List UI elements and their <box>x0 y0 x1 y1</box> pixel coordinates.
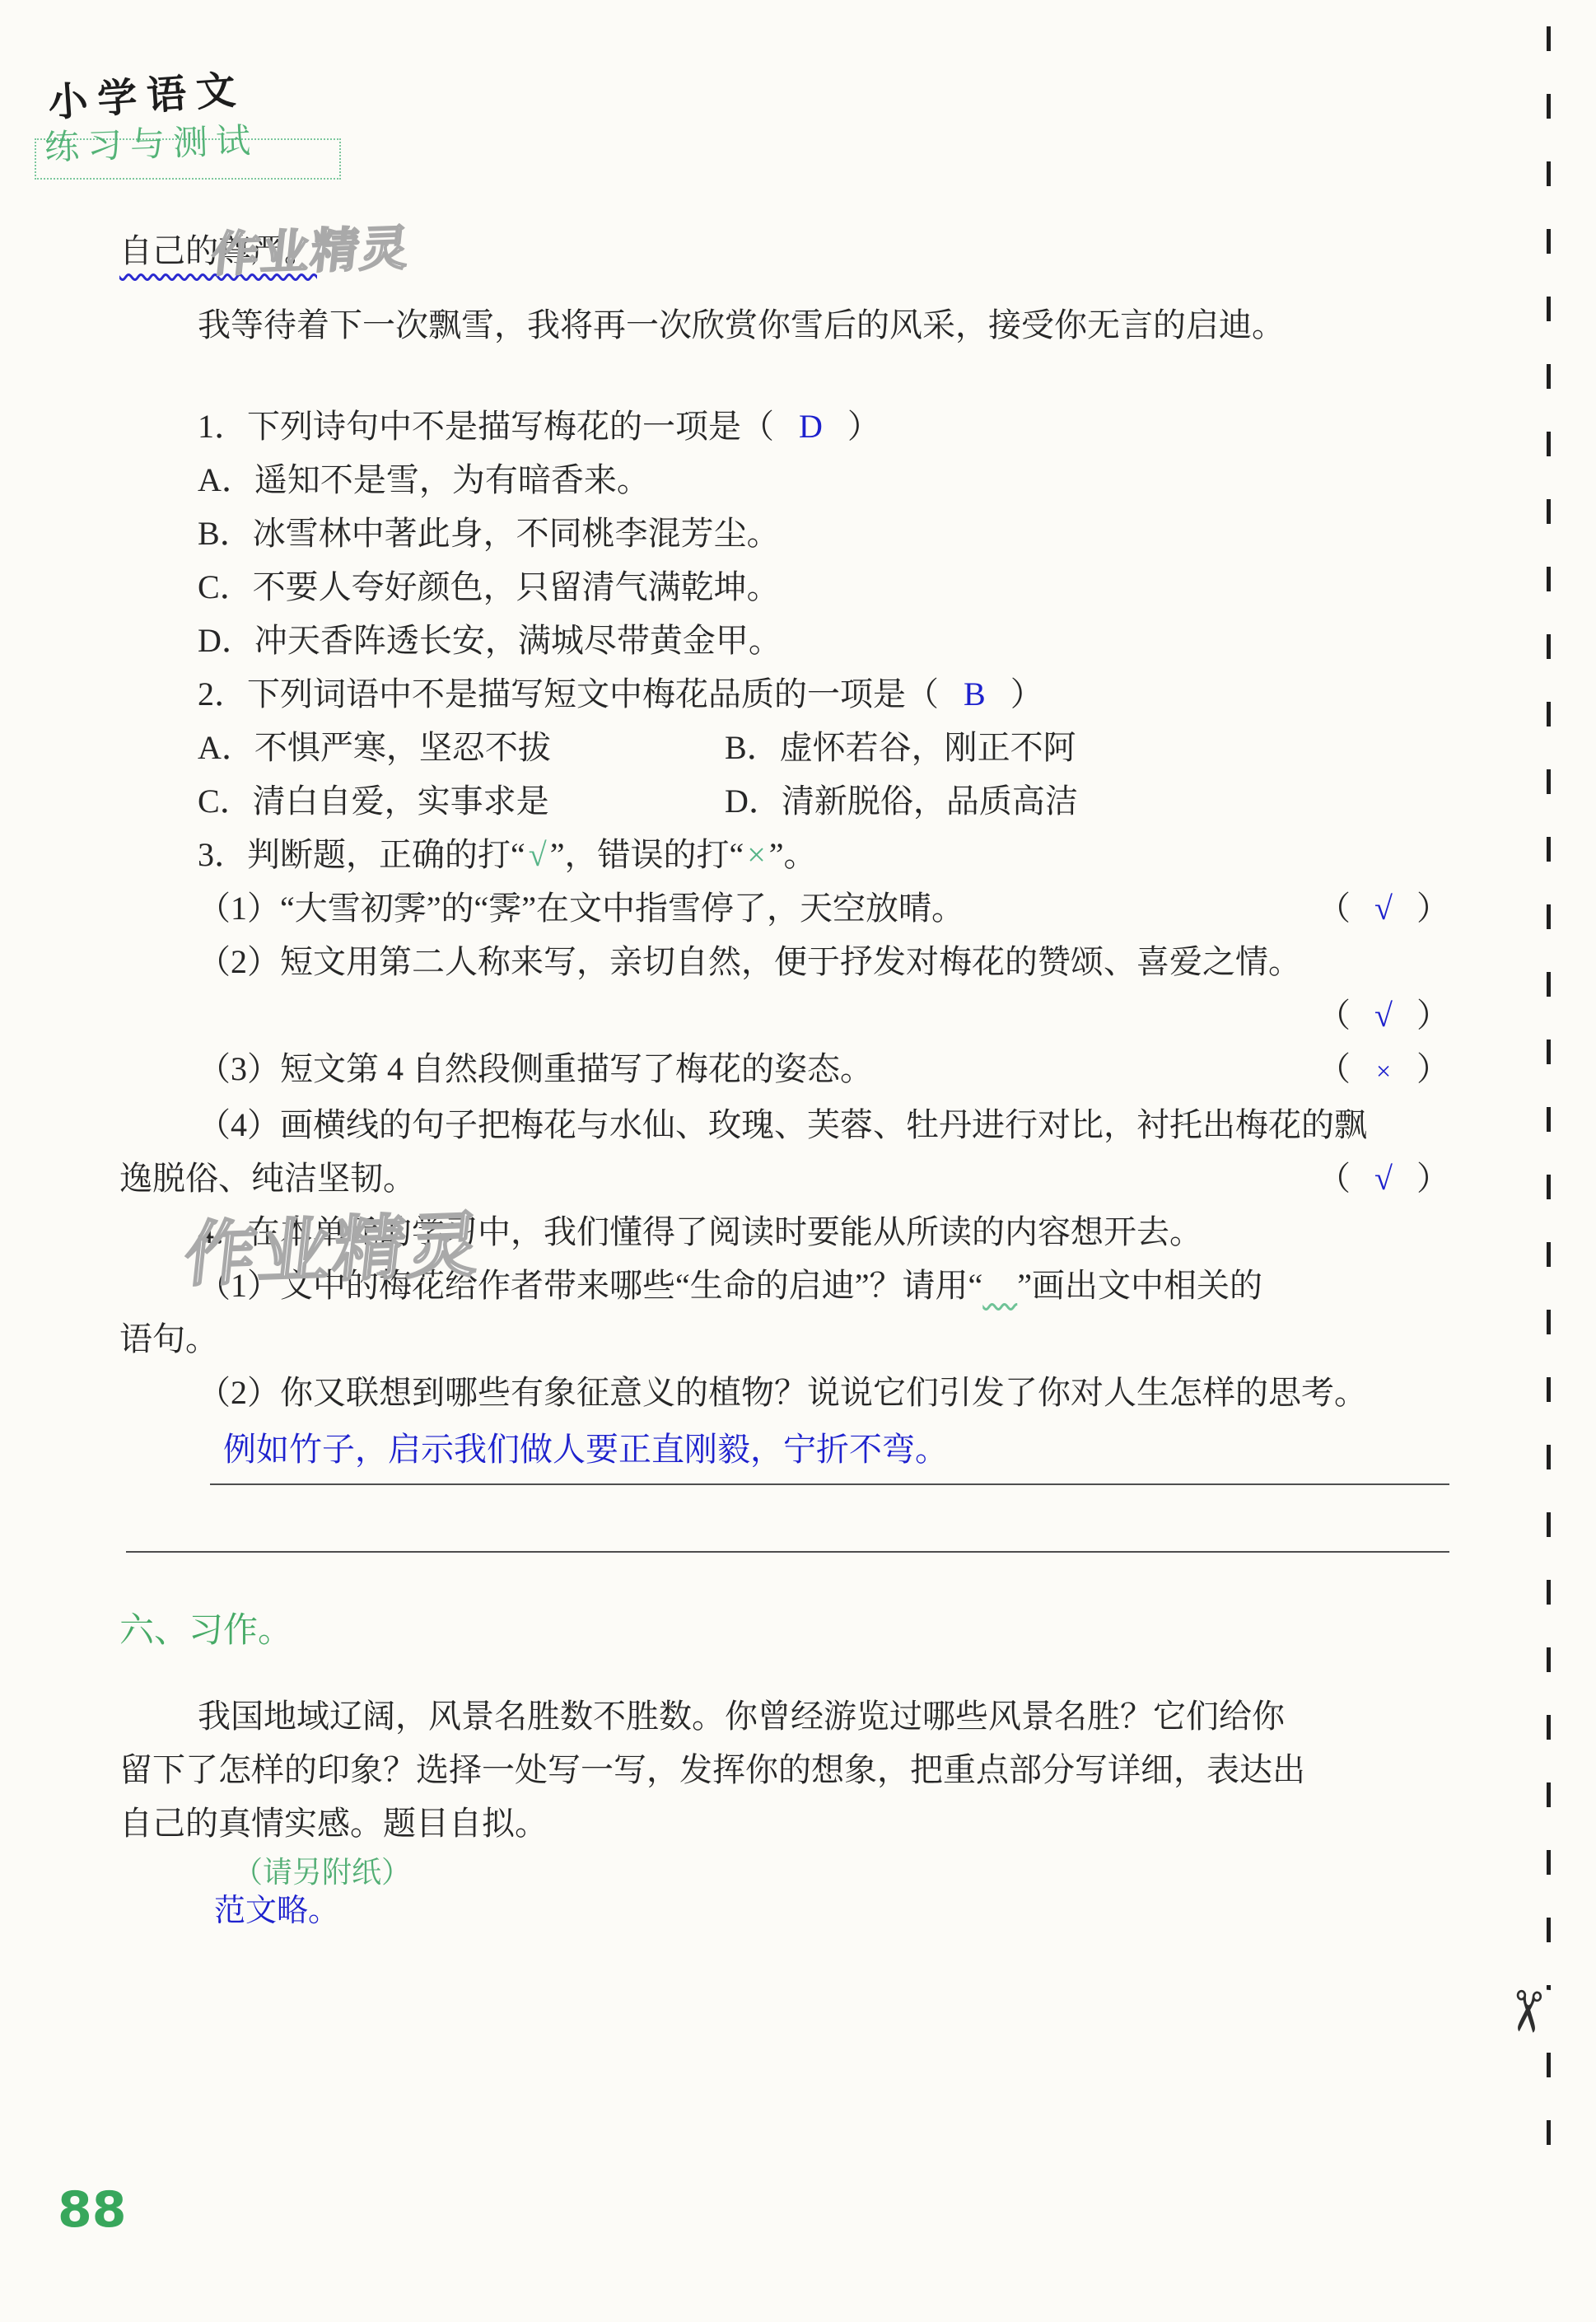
judgment-item-4: （4）画横线的句子把梅花与水仙、玫瑰、芙蓉、牡丹进行对比，衬托出梅花的飘 <box>119 1098 1449 1152</box>
q4-item-1-continuation: 语句。 <box>119 1312 1449 1366</box>
q2-option-c: C．清白自爱，实事求是 <box>198 774 725 828</box>
judgment-item-4-answer: （√） <box>1318 1152 1449 1205</box>
answer-check-mark: √ <box>1351 1152 1416 1205</box>
question-2: 2．下列词语中不是描写短文中梅花品质的一项是（B） A．不惧严寒，坚忍不拔 B．… <box>119 667 1449 828</box>
scissors-icon: ✂ <box>1491 1985 1561 2038</box>
exercise-content: 自己的尊严。 我等待着下一次飘雪，我将再一次欣赏你雪后的风采，接受你无言的启迪。… <box>0 0 1596 1931</box>
judgment-item-3-text: （3）短文第 4 自然段侧重描写了梅花的姿态。 <box>119 1042 873 1096</box>
writing-prompt-line-3: 自己的真情实感。题目自拟。 <box>119 1796 1449 1850</box>
paren-close: ） <box>1416 997 1449 1034</box>
q2-options: A．不惧严寒，坚忍不拔 B．虚怀若谷，刚正不阿 C．清白自爱，实事求是 D．清新… <box>119 721 1449 828</box>
question-1: 1．下列诗句中不是描写梅花的一项是（D） A．遥知不是雪，为有暗香来。 B．冰雪… <box>119 399 1449 667</box>
q1-option-c: C．不要人夸好颜色，只留清气满乾坤。 <box>119 560 1449 614</box>
q2-stem-text: 2．下列词语中不是描写短文中梅花品质的一项是 <box>198 675 906 712</box>
paren-close: ） <box>847 408 880 445</box>
judgment-item-1-answer: （√） <box>1318 881 1449 935</box>
q1-option-d: D．冲天香阵透长安，满城尽带黄金甲。 <box>119 614 1449 667</box>
q1-option-a: A．遥知不是雪，为有暗香来。 <box>119 453 1449 507</box>
passage-carryover-text: 自己的尊严。 <box>119 232 317 269</box>
passage-intro: 我等待着下一次飘雪，我将再一次欣赏你雪后的风采，接受你无言的启迪。 <box>119 298 1449 352</box>
writing-prompt: 我国地域辽阔，风景名胜数不胜数。你曾经游览过哪些风景名胜？它们给你 留下了怎样的… <box>119 1689 1449 1850</box>
writing-sample-answer: 范文略。 <box>119 1891 1449 1931</box>
q1-stem-text: 1．下列诗句中不是描写梅花的一项是 <box>198 408 741 445</box>
writing-prompt-line-2: 留下了怎样的印象？选择一处写一写，发挥你的想象，把重点部分写详细，表达出 <box>119 1743 1449 1796</box>
paren-open: （ <box>1318 890 1351 927</box>
question-4: 4．在本单元的学习中，我们懂得了阅读时要能从所读的内容想开去。 （1）文中的梅花… <box>119 1205 1449 1553</box>
paren-close: ） <box>1416 890 1449 927</box>
page-number: 88 <box>58 2181 127 2239</box>
paren-open: （ <box>1318 1050 1351 1087</box>
q4-sample-answer-line: 例如竹子，启示我们做人要正直刚毅，宁折不弯。 <box>210 1426 1449 1485</box>
paren-close: ） <box>1416 1160 1449 1197</box>
q3-stem: 3．判断题，正确的打“√”，错误的打“×”。 <box>119 828 1449 881</box>
q2-option-d: D．清新脱俗，品质高洁 <box>725 774 1449 828</box>
empty-answer-line <box>126 1485 1449 1553</box>
answer-check-mark: √ <box>1351 988 1416 1042</box>
section-writing: 六、习作。 我国地域辽阔，风景名胜数不胜数。你曾经游览过哪些风景名胜？它们给你 … <box>119 1609 1449 1931</box>
writing-heading: 六、习作。 <box>119 1609 1449 1653</box>
q1-option-b: B．冰雪林中著此身，不同桃李混芳尘。 <box>119 507 1449 560</box>
judgment-item-2: （2）短文用第二人称来写，亲切自然，便于抒发对梅花的赞颂、喜爱之情。 <box>119 935 1449 988</box>
passage-carryover: 自己的尊严。 <box>119 224 1449 278</box>
check-mark-icon: √ <box>525 836 550 873</box>
question-3: 3．判断题，正确的打“√”，错误的打“×”。 （1）“大雪初霁”的“霁”在文中指… <box>119 828 1449 1205</box>
q4-item-1: （1）文中的梅花给作者带来哪些“生命的启迪”？请用“ ”画出文中相关的 <box>119 1259 1449 1312</box>
writing-note: （请另附纸） <box>119 1853 1449 1891</box>
q2-stem: 2．下列词语中不是描写短文中梅花品质的一项是（B） <box>119 667 1449 721</box>
paren-open: （ <box>741 408 774 445</box>
q4-stem: 4．在本单元的学习中，我们懂得了阅读时要能从所读的内容想开去。 <box>119 1205 1449 1259</box>
paren-open: （ <box>1318 1160 1351 1197</box>
q3-stem-part: ”。 <box>769 836 817 873</box>
cross-mark-icon: × <box>744 836 769 873</box>
wavy-line-mark <box>982 1267 1017 1304</box>
paren-close: ） <box>1010 675 1043 712</box>
q4-item-1-prefix: （1）文中的梅花给作者带来哪些“生命的启迪”？请用“ <box>198 1267 982 1304</box>
q4-item-1-suffix: ”画出文中相关的 <box>1017 1267 1262 1304</box>
writing-prompt-line-1: 我国地域辽阔，风景名胜数不胜数。你曾经游览过哪些风景名胜？它们给你 <box>119 1689 1449 1743</box>
q2-option-b: B．虚怀若谷，刚正不阿 <box>725 721 1449 774</box>
answer-check-mark: √ <box>1351 881 1416 935</box>
q4-sample-answer-text: 例如竹子，启示我们做人要正直刚毅，宁折不弯。 <box>223 1431 948 1468</box>
judgment-item-2-answer-row: （√） <box>119 988 1449 1042</box>
answer-cross-mark: × <box>1351 1044 1416 1098</box>
q2-option-a: A．不惧严寒，坚忍不拔 <box>198 721 725 774</box>
workbook-page: 小学语文 练习与测试 作业精灵 作业精灵 ✂ 自己的尊严。 我等待着下一次飘雪，… <box>0 0 1596 2322</box>
paren-open: （ <box>1318 997 1351 1034</box>
judgment-item-3: （3）短文第 4 自然段侧重描写了梅花的姿态。 （×） <box>119 1042 1449 1098</box>
judgment-item-2-text: （2）短文用第二人称来写，亲切自然，便于抒发对梅花的赞颂、喜爱之情。 <box>119 943 1301 980</box>
judgment-item-2-answer: （√） <box>1318 997 1449 1034</box>
q1-answer: D <box>774 408 847 445</box>
judgment-item-1-text: （1）“大雪初霁”的“霁”在文中指雪停了，天空放晴。 <box>119 881 964 935</box>
q2-answer: B <box>939 675 1010 712</box>
q3-stem-part: 3．判断题，正确的打“ <box>198 836 525 873</box>
paren-close: ） <box>1416 1050 1449 1087</box>
judgment-item-4-continuation: 逸脱俗、纯洁坚韧。 （√） <box>119 1152 1449 1205</box>
paren-open: （ <box>906 675 939 712</box>
judgment-item-4-text2: 逸脱俗、纯洁坚韧。 <box>119 1152 416 1205</box>
judgment-item-3-answer: （×） <box>1318 1042 1449 1098</box>
judgment-item-1: （1）“大雪初霁”的“霁”在文中指雪停了，天空放晴。 （√） <box>119 881 1449 935</box>
q3-stem-part: ”，错误的打“ <box>550 836 744 873</box>
q1-stem: 1．下列诗句中不是描写梅花的一项是（D） <box>119 399 1449 453</box>
q4-item-2: （2）你又联想到哪些有象征意义的植物？说说它们引发了你对人生怎样的思考。 <box>119 1366 1449 1419</box>
